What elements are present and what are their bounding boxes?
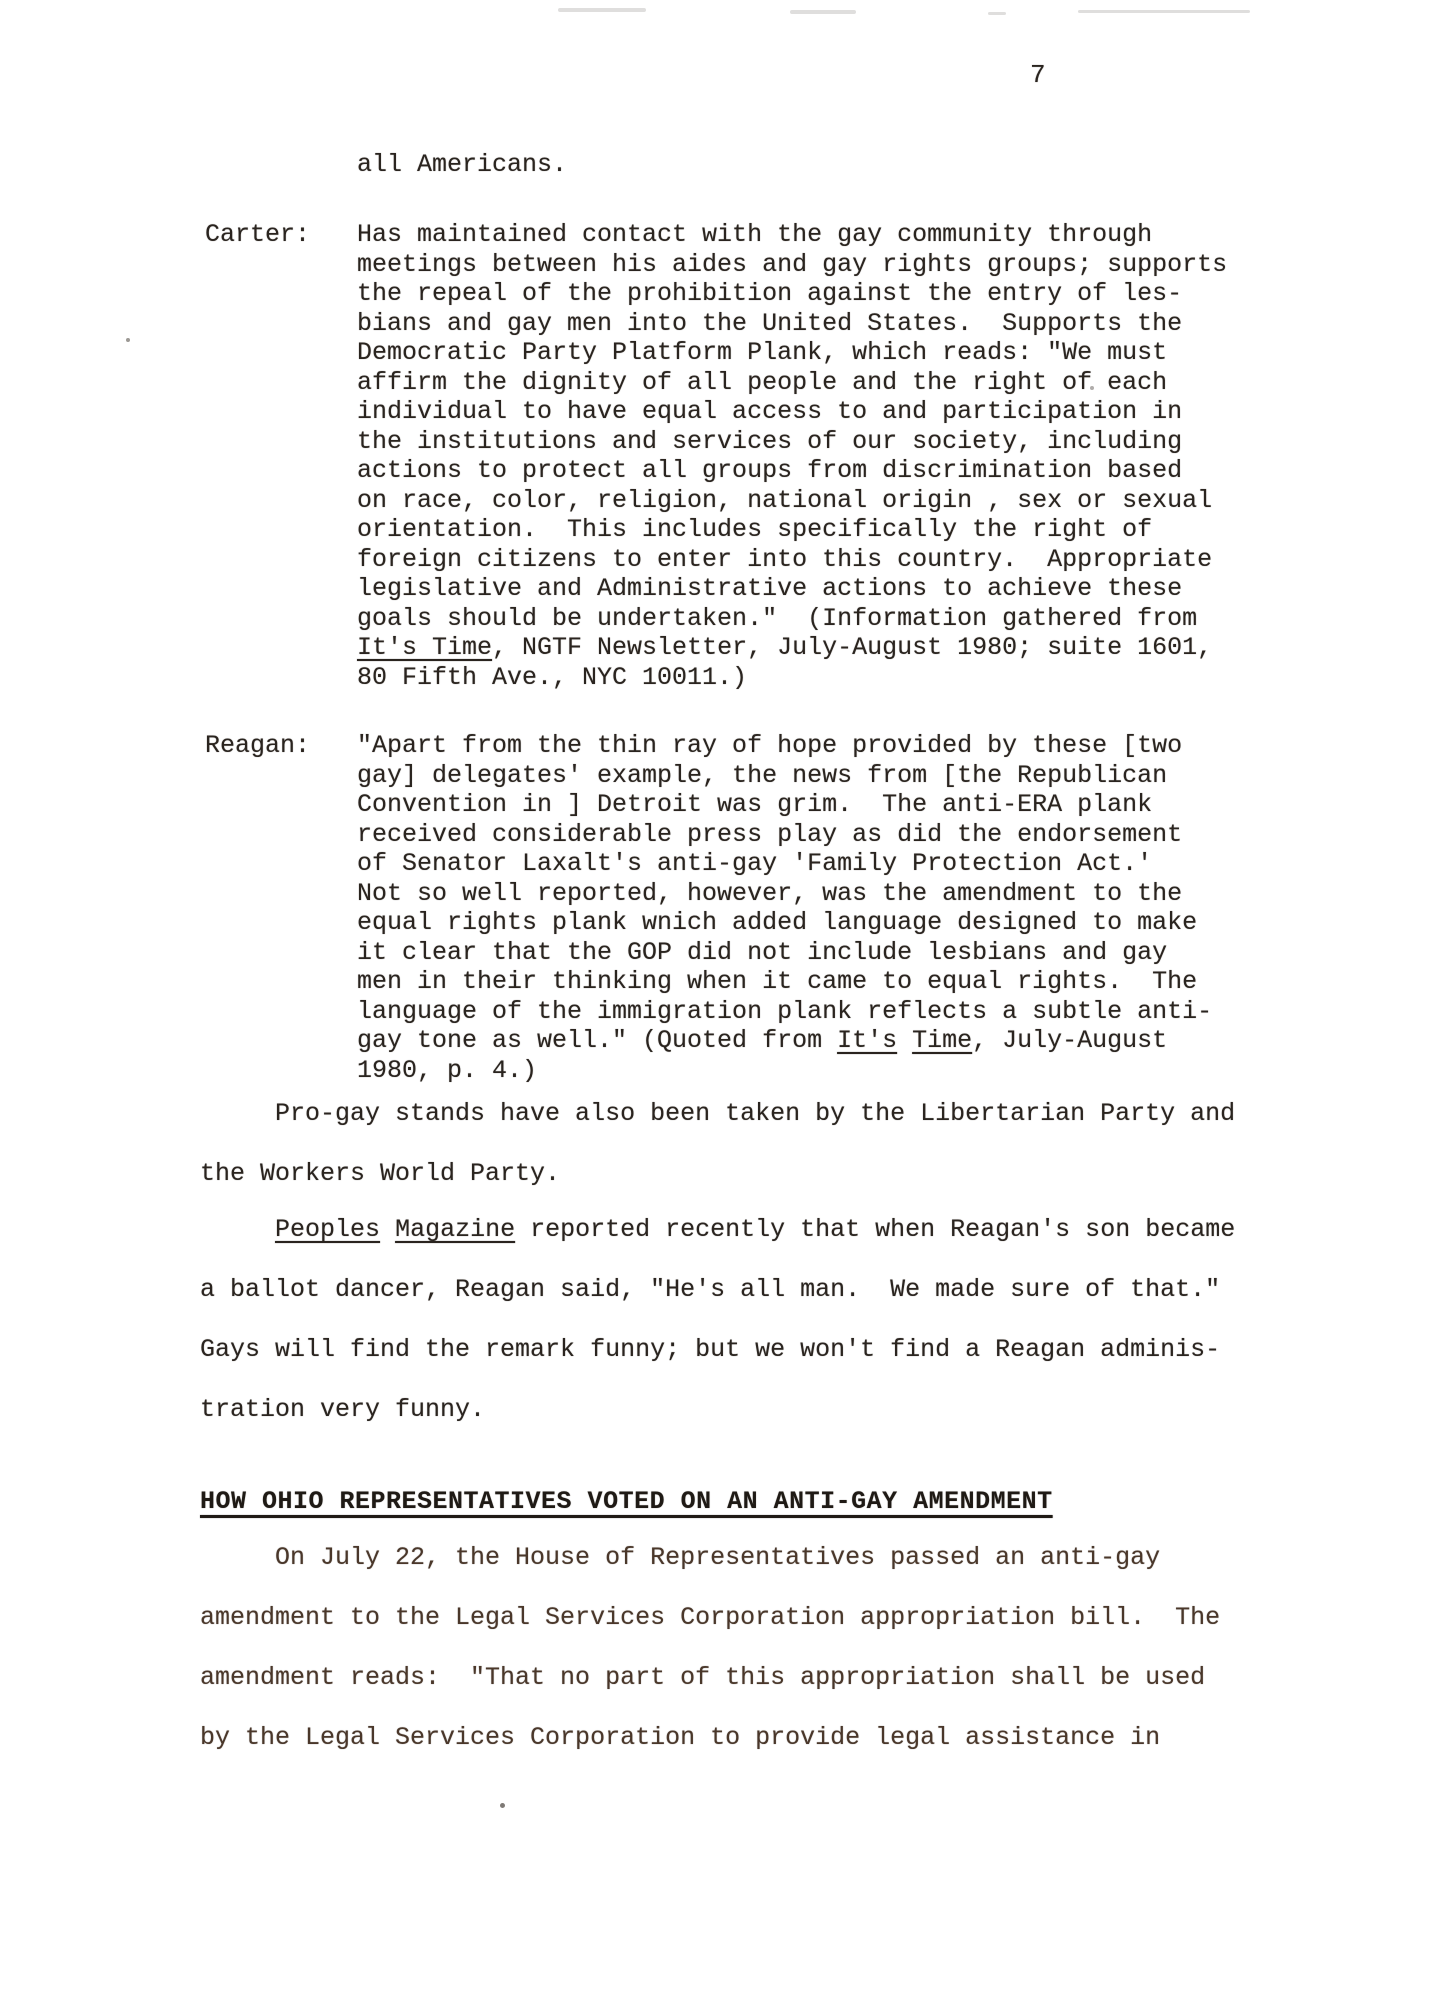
text-line: Not so well reported, however, was the a… <box>357 879 1305 909</box>
scan-artifact <box>1078 10 1250 13</box>
page-number: 7 <box>1030 60 1046 90</box>
text-line: tration very funny. <box>200 1380 1350 1440</box>
underlined-text: Time <box>912 1026 972 1055</box>
text-segment <box>897 1026 912 1055</box>
scan-artifact <box>790 10 856 14</box>
text-line: Peoples Magazine reported recently that … <box>200 1200 1350 1260</box>
text-segment <box>380 1215 395 1244</box>
text-line: Has maintained contact with the gay comm… <box>357 220 1305 250</box>
text-line: language of the immigration plank reflec… <box>357 997 1305 1027</box>
underlined-text: Magazine <box>395 1215 515 1244</box>
text-line: received considerable press play as did … <box>357 820 1305 850</box>
entry-body-reagan: "Apart from the thin ray of hope provide… <box>357 731 1305 1085</box>
entry-body-carter: Has maintained contact with the gay comm… <box>357 220 1305 692</box>
text-line: legislative and Administrative actions t… <box>357 574 1305 604</box>
speaker-label-carter: Carter: <box>205 220 310 250</box>
text-line: amendment to the Legal Services Corporat… <box>200 1588 1350 1648</box>
text-line: 1980, p. 4.) <box>357 1056 1305 1086</box>
text-line: a ballot dancer, Reagan said, "He's all … <box>200 1260 1350 1320</box>
scan-artifact <box>988 12 1006 15</box>
scan-artifact <box>500 1803 505 1808</box>
entry-reagan: Reagan: "Apart from the thin ray of hope… <box>205 731 1305 1085</box>
continuation-line: all Americans. <box>357 150 567 180</box>
text-line: Democratic Party Platform Plank, which r… <box>357 338 1305 368</box>
text-line: the repeal of the prohibition against th… <box>357 279 1305 309</box>
text-line: Gays will find the remark funny; but we … <box>200 1320 1350 1380</box>
scan-artifact <box>126 338 130 342</box>
text-line: affirm the dignity of all people and the… <box>357 368 1305 398</box>
text-line: on race, color, religion, national origi… <box>357 486 1305 516</box>
text-segment <box>200 1215 275 1244</box>
document-page: 7 all Americans. Carter: Has maintained … <box>0 0 1429 1999</box>
speaker-label-reagan: Reagan: <box>205 731 310 761</box>
entry-carter: Carter: Has maintained contact with the … <box>205 220 1305 692</box>
underlined-text: Peoples <box>275 1215 380 1244</box>
paragraph-progay: Pro-gay stands have also been taken by t… <box>200 1084 1350 1204</box>
text-line: It's Time, NGTF Newsletter, July-August … <box>357 633 1305 663</box>
text-line: Convention in ] Detroit was grim. The an… <box>357 790 1305 820</box>
text-line: it clear that the GOP did not include le… <box>357 938 1305 968</box>
text-line: goals should be undertaken." (Informatio… <box>357 604 1305 634</box>
text-segment: , NGTF Newsletter, July-August 1980; sui… <box>492 633 1212 662</box>
text-line: orientation. This includes specifically … <box>357 515 1305 545</box>
text-line: of Senator Laxalt's anti-gay 'Family Pro… <box>357 849 1305 879</box>
scan-artifact <box>1090 386 1094 390</box>
text-line: individual to have equal access to and p… <box>357 397 1305 427</box>
text-line: actions to protect all groups from discr… <box>357 456 1305 486</box>
text-line: equal rights plank wnich added language … <box>357 908 1305 938</box>
text-line: the Workers World Party. <box>200 1144 1350 1204</box>
paragraph-peoples-magazine: Peoples Magazine reported recently that … <box>200 1200 1350 1440</box>
text-segment: gay tone as well." (Quoted from <box>357 1026 837 1055</box>
text-line: amendment reads: "That no part of this a… <box>200 1648 1350 1708</box>
text-line: the institutions and services of our soc… <box>357 427 1305 457</box>
text-line: 80 Fifth Ave., NYC 10011.) <box>357 663 1305 693</box>
underlined-text: It's <box>837 1026 897 1055</box>
text-line: gay tone as well." (Quoted from It's Tim… <box>357 1026 1305 1056</box>
text-line: men in their thinking when it came to eq… <box>357 967 1305 997</box>
scan-artifact <box>558 8 646 12</box>
text-line: gay] delegates' example, the news from [… <box>357 761 1305 791</box>
text-line: "Apart from the thin ray of hope provide… <box>357 731 1305 761</box>
underlined-text: It's Time <box>357 633 492 662</box>
section-heading: HOW OHIO REPRESENTATIVES VOTED ON AN ANT… <box>200 1487 1053 1516</box>
text-segment: , July-August <box>972 1026 1167 1055</box>
text-line: bians and gay men into the United States… <box>357 309 1305 339</box>
text-line: foreign citizens to enter into this coun… <box>357 545 1305 575</box>
text-line: Pro-gay stands have also been taken by t… <box>200 1084 1350 1144</box>
text-line: by the Legal Services Corporation to pro… <box>200 1708 1350 1768</box>
text-segment: reported recently that when Reagan's son… <box>515 1215 1235 1244</box>
paragraph-house-amendment: On July 22, the House of Representatives… <box>200 1528 1350 1768</box>
text-line: meetings between his aides and gay right… <box>357 250 1305 280</box>
text-line: On July 22, the House of Representatives… <box>200 1528 1350 1588</box>
